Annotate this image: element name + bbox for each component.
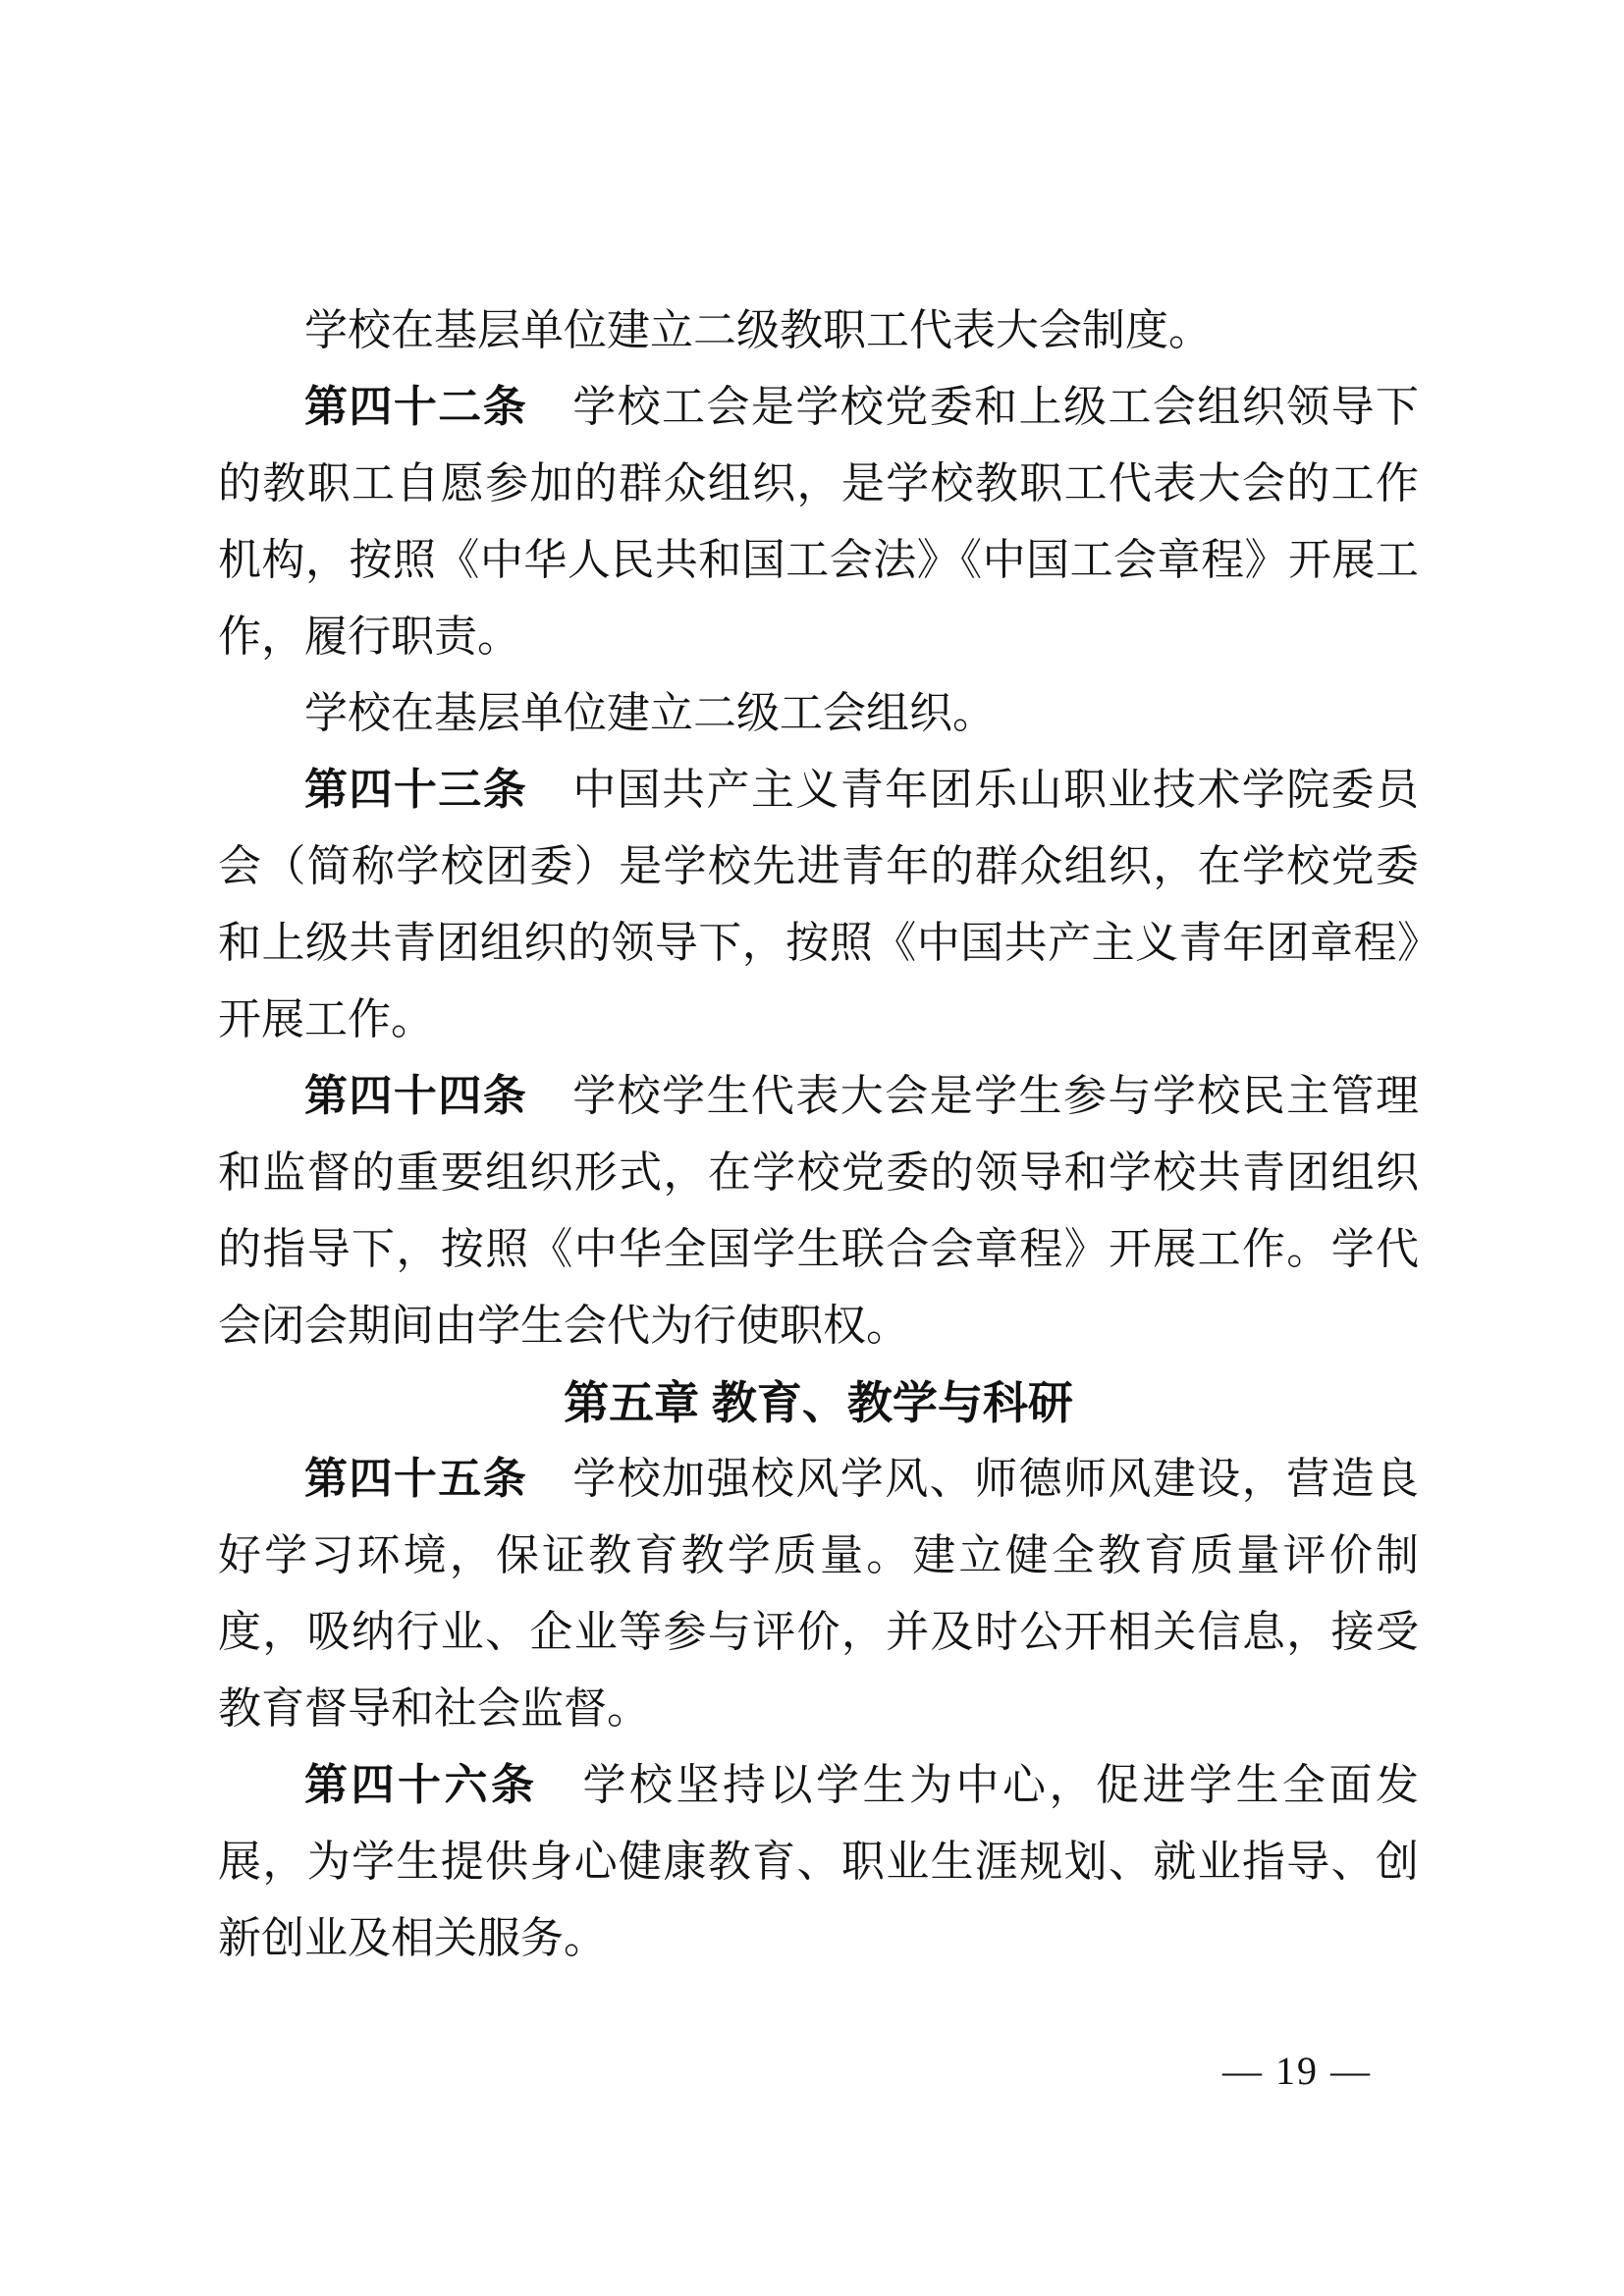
article-42-number: 第四十二条: [304, 383, 527, 431]
article-44-number: 第四十四条: [304, 1072, 527, 1120]
paragraph-union-basic-units: 学校在基层单位建立二级工会组织。: [218, 675, 1419, 752]
paragraph-article-46: 第四十六条学校坚持以学生为中心，促进学生全面发展，为学生提供身心健康教育、职业生…: [218, 1747, 1419, 1977]
paragraph-article-44: 第四十四条学校学生代表大会是学生参与学校民主管理和监督的重要组织形式，在学校党委…: [218, 1058, 1419, 1364]
chapter-5-heading: 第五章 教育、教学与科研: [218, 1364, 1419, 1441]
document-body: 学校在基层单位建立二级教职工代表大会制度。 第四十二条学校工会是学校党委和上级工…: [218, 293, 1419, 1977]
document-page: 学校在基层单位建立二级教职工代表大会制度。 第四十二条学校工会是学校党委和上级工…: [0, 0, 1624, 2296]
paragraph-article-45: 第四十五条学校加强校风学风、师德师风建设，营造良好学习环境，保证教育教学质量。建…: [218, 1441, 1419, 1747]
paragraph-staff-congress-basic-units: 学校在基层单位建立二级教职工代表大会制度。: [218, 293, 1419, 369]
paragraph-article-42: 第四十二条学校工会是学校党委和上级工会组织领导下的教职工自愿参加的群众组织，是学…: [218, 369, 1419, 675]
page-number: — 19 —: [1222, 2048, 1372, 2095]
paragraph-article-43: 第四十三条中国共产主义青年团乐山职业技术学院委员会（简称学校团委）是学校先进青年…: [218, 752, 1419, 1058]
article-43-number: 第四十三条: [304, 766, 527, 814]
article-46-number: 第四十六条: [304, 1761, 538, 1809]
article-45-number: 第四十五条: [304, 1455, 527, 1503]
